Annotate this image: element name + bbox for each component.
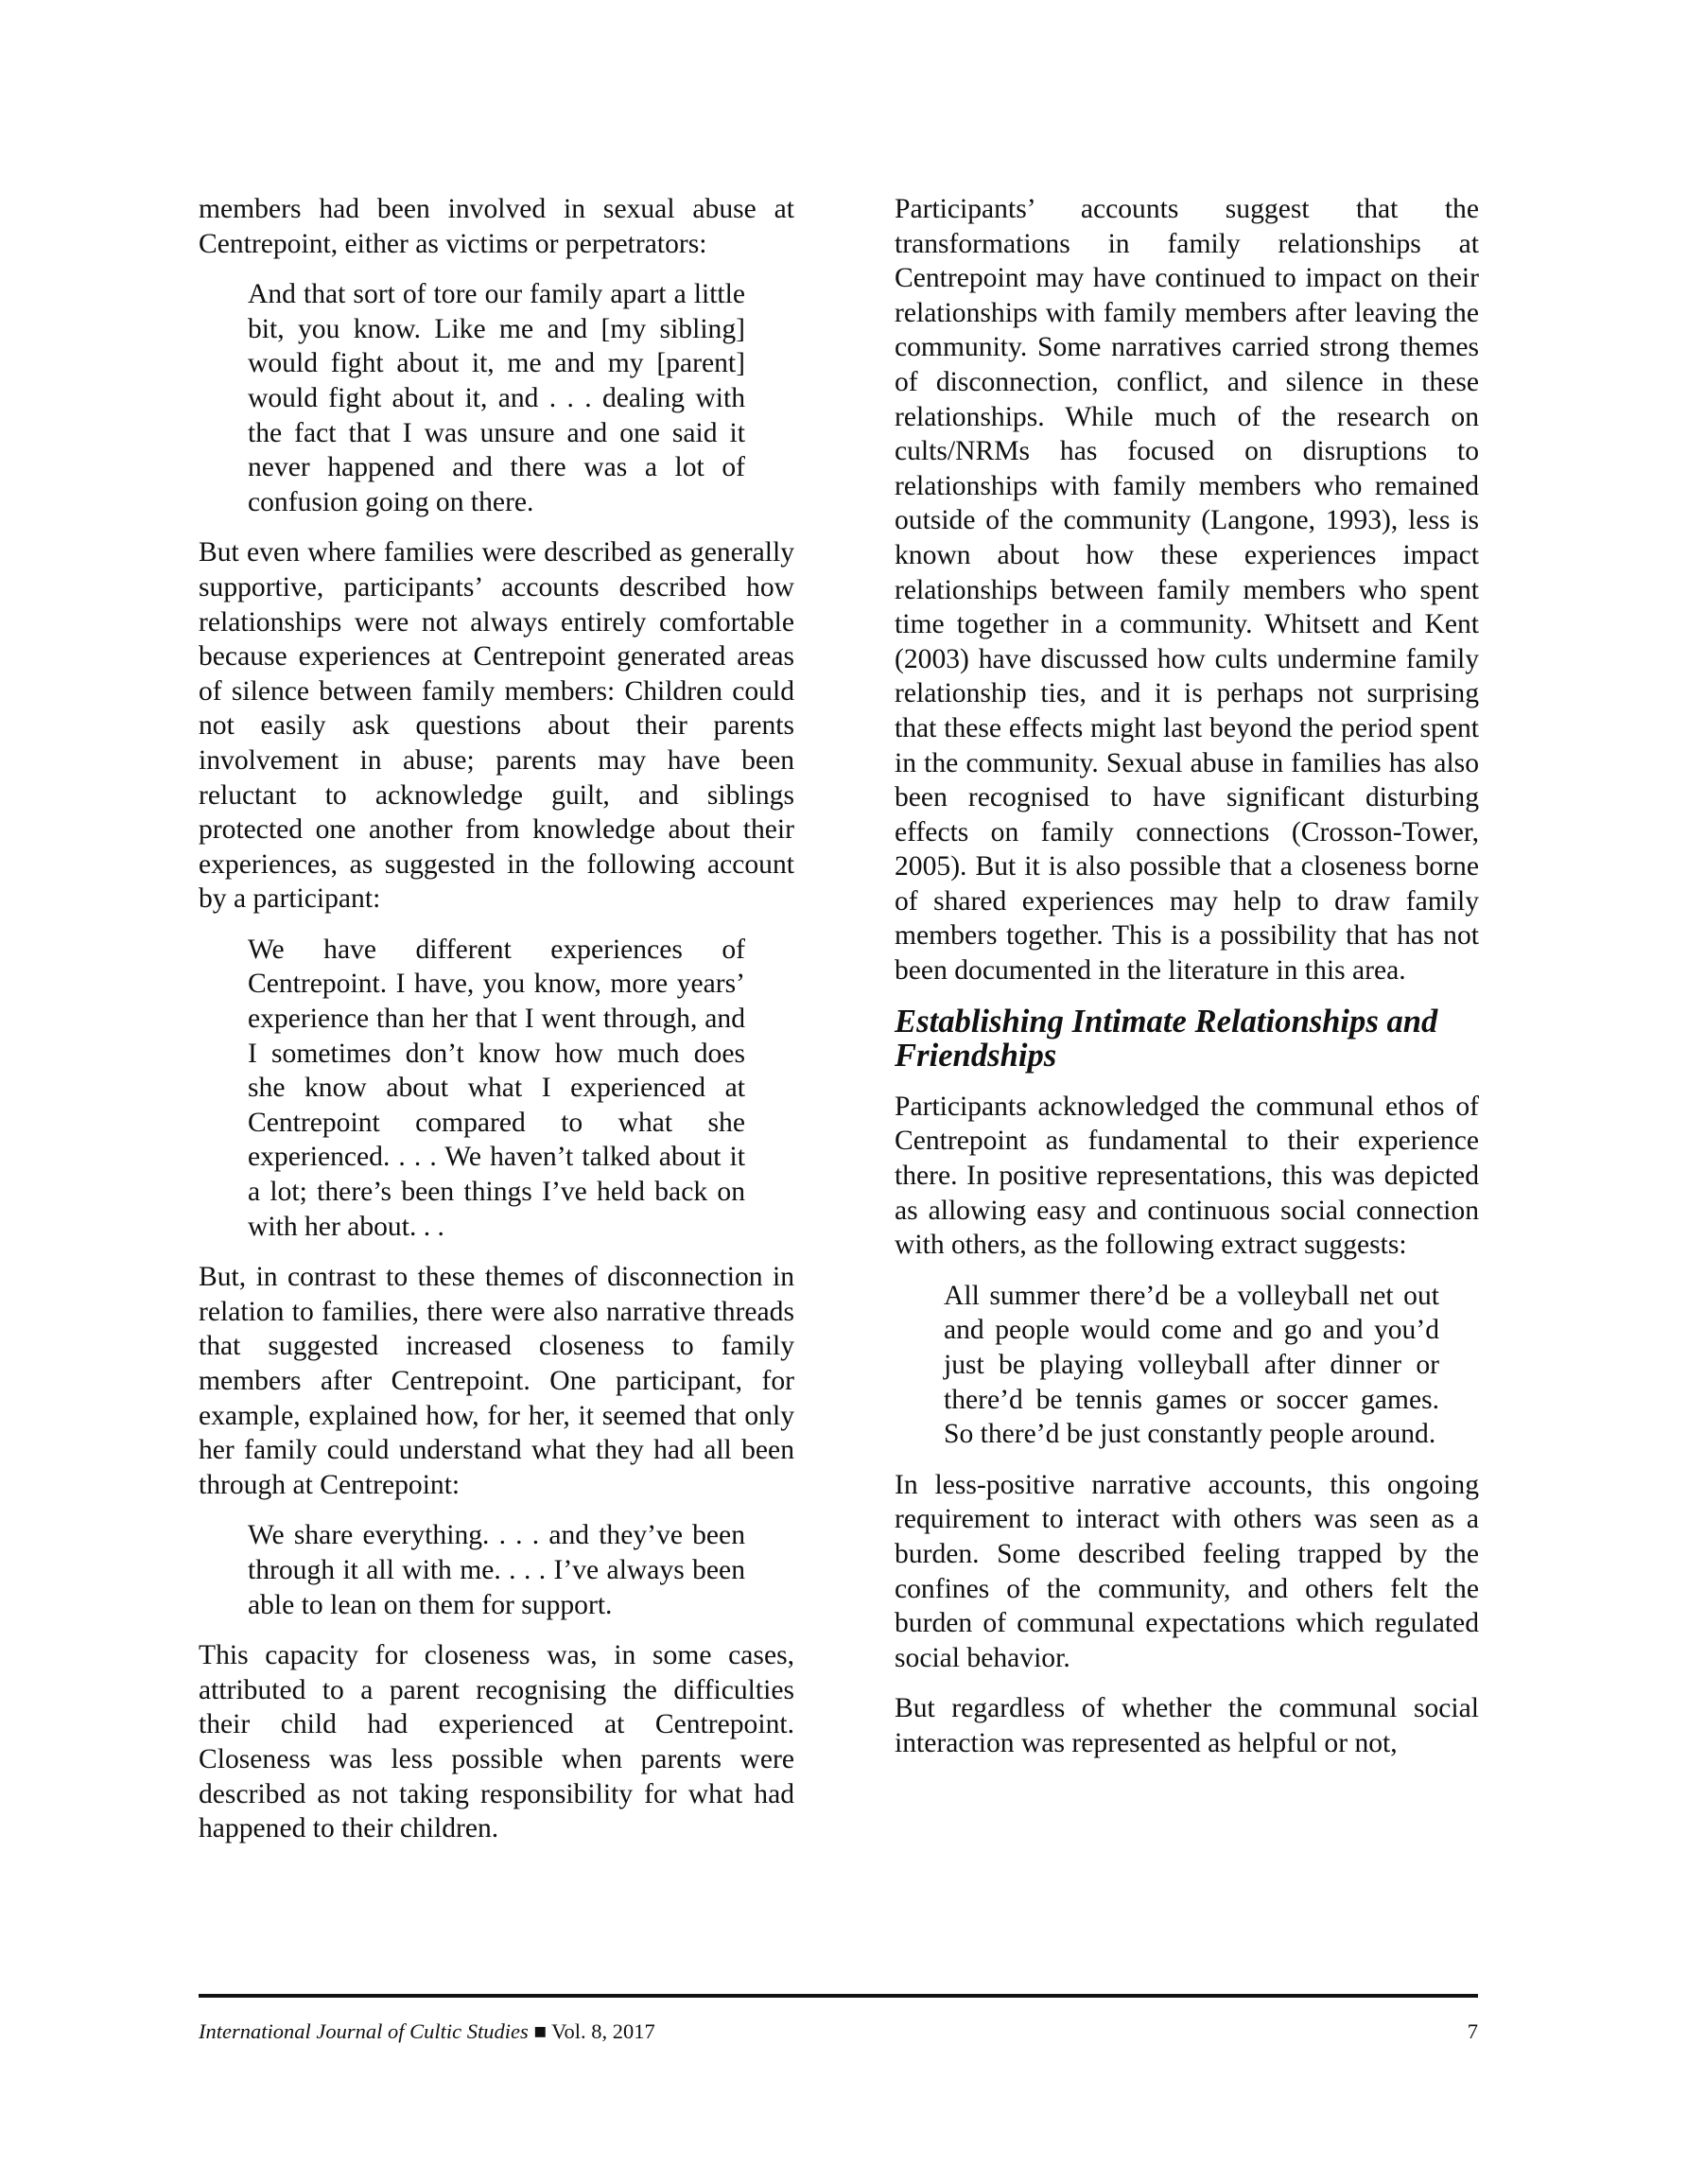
section-heading: Establishing Intimate Relationships and … (895, 1005, 1479, 1074)
block-quote: We have different experiences of Centrep… (248, 933, 745, 1244)
paragraph: members had been involved in sexual abus… (199, 192, 794, 261)
paragraph: This capacity for closeness was, in some… (199, 1638, 794, 1846)
block-quote: We share everything. . . . and they’ve b… (248, 1518, 745, 1622)
volume-year: Vol. 8, 2017 (551, 2019, 655, 2043)
paragraph: But even where families were described a… (199, 535, 794, 917)
block-quote: All summer there’d be a volleyball net o… (944, 1279, 1439, 1452)
left-column: members had been involved in sexual abus… (199, 192, 794, 1862)
block-quote: And that sort of tore our family apart a… (248, 277, 745, 519)
page-footer: International Journal of Cultic Studies … (199, 2018, 1478, 2045)
paragraph: But, in contrast to these themes of disc… (199, 1260, 794, 1502)
footer-citation: International Journal of Cultic Studies … (199, 2018, 655, 2045)
footer-divider (199, 1994, 1478, 1998)
journal-page: members had been involved in sexual abus… (0, 0, 1687, 2184)
page-number: 7 (1468, 2018, 1478, 2045)
journal-title: International Journal of Cultic Studies (199, 2019, 529, 2043)
paragraph: In less-positive narrative accounts, thi… (895, 1468, 1479, 1676)
paragraph: But regardless of whether the communal s… (895, 1691, 1479, 1760)
square-separator-icon: ■ (533, 2019, 547, 2043)
paragraph: Participants’ accounts suggest that the … (895, 192, 1479, 988)
paragraph: Participants acknowledged the communal e… (895, 1090, 1479, 1263)
right-column: Participants’ accounts suggest that the … (895, 192, 1479, 1777)
